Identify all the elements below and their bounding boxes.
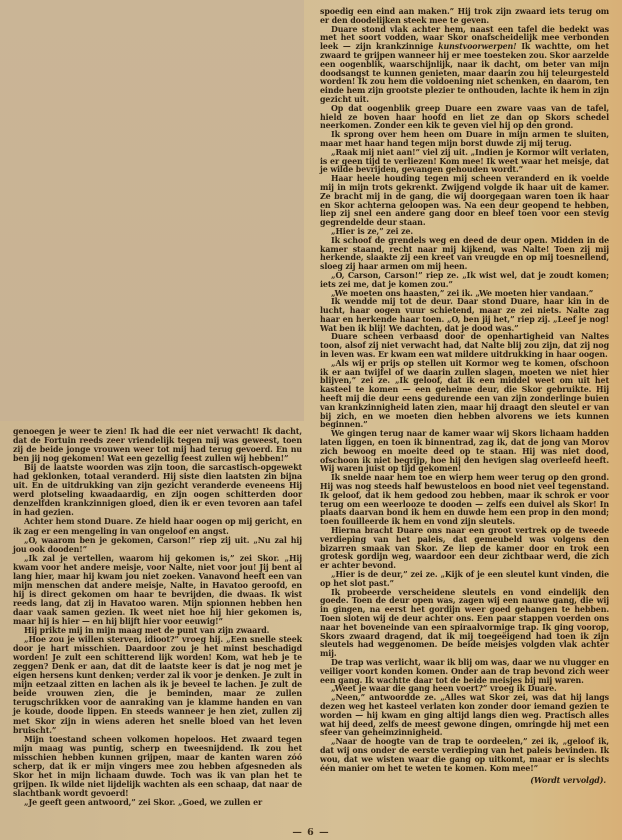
paragraph: spoedig een eind aan maken.” Hij trok zi… [320,8,609,26]
paragraph: We gingen terug naar de kamer waar wij S… [320,430,609,474]
paragraph: Hij prikte mij in mijn maag met de punt … [13,626,302,635]
italic-word: kunstvoorwerpen! [438,42,516,51]
paragraph: Op dat oogenblik greep Duare een zware v… [320,105,609,131]
paragraph: Duare stond vlak achter hem, naast een t… [320,26,609,105]
paragraph: „Raak mij niet aan!” viel zij uit. „Indi… [320,149,609,175]
paragraph: „Ik zal je vertellen, waarom hij gekomen… [13,554,302,626]
continuation-note: (Wordt vervolgd). [320,777,609,786]
paragraph-text: Ik wachtte, om het zwaard te grijpen wan… [320,42,609,104]
paragraph: De trap was verlicht, waar ik blij om wa… [320,659,609,685]
paragraph: „O, Carson, Carson!” riep ze. „Ik wist w… [320,272,609,290]
paragraph: Ik sprong over hem heen om Duare in mijn… [320,131,609,149]
paragraph: „O, waarom ben je gekomen, Carson!” riep… [13,536,302,554]
page-number: — 6 — [0,827,622,838]
paragraph: Achter hem stond Duare. Ze hield haar oo… [13,517,302,535]
right-column: spoedig een eind aan maken.” Hij trok zi… [320,8,609,786]
paragraph: Ik wendde mij tot de deur. Daar stond Du… [320,298,609,333]
paragraph: Ik schoof de grendels weg en deed de deu… [320,237,609,272]
paragraph: Bij de laatste woorden was zijn toon, di… [13,463,302,517]
paragraph: „Naar de hoogte van de trap te oordeelen… [320,738,609,773]
paragraph: „Neen,” antwoordde ze. „Alles wat Skor z… [320,694,609,738]
paragraph: Duare scheen verbaasd door de openhartig… [320,333,609,359]
paragraph: Hierna bracht Duare ons naar een groot v… [320,527,609,571]
paragraph: Ik snelde naar hem toe en wierp hem weer… [320,474,609,527]
paragraph: Ik probeerde verscheidene sleutels en vo… [320,589,609,659]
paragraph: Mijn toestand scheen volkomen hopeloos. … [13,735,302,798]
paragraph: „Je geeft geen antwoord,” zei Skor. „Goe… [13,798,302,807]
paragraph: „Hier is de deur,” zei ze. „Kijk of je e… [320,571,609,589]
paragraph: genoegen je weer te zien! Ik had die eer… [13,427,302,463]
paragraph: „Hoe zou je willen sterven, idioot?” vro… [13,635,302,735]
left-column: genoegen je weer te zien! Ik had die eer… [13,427,302,807]
paragraph: „Als wij er prijs op stellen uit Kormor … [320,360,609,430]
blank-illustration-area [0,0,304,421]
paragraph: Haar heele houding tegen mij scheen vera… [320,175,609,228]
